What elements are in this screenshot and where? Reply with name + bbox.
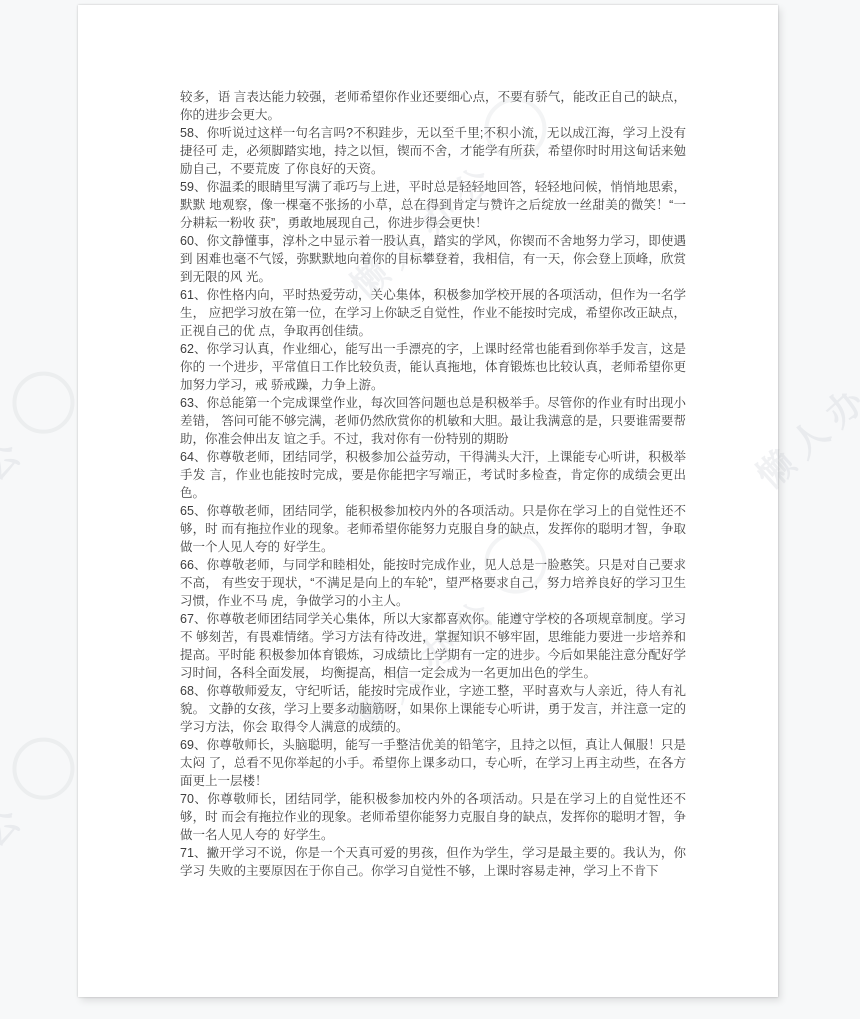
document-page: 较多，语 言表达能力较强，老师希望你作业还要细心点，不要有骄气，能改正自己的缺点… [78,5,778,997]
paragraph-number: 58、 [180,126,207,140]
paragraph-text: 你文静懂事，淳朴之中显示着一股认真，踏实的学风，你锲而不舍地努力学习，即使遇到 … [180,234,686,284]
paragraph-number: 64、 [180,450,207,464]
paragraph: 68、你尊敬师爱友，守纪听话，能按时完成作业，字迹工整，平时喜欢与人亲近，待人有… [180,682,686,736]
paragraph-text: 撇开学习不说，你是一个天真可爱的男孩，但作为学生，学习是最主要的。我认为，你学习… [180,846,686,878]
paragraph-number: 62、 [180,342,207,356]
watermark-text: 懒人办公 [0,422,37,583]
paragraph-text: 你尊敬老师，团结同学，能积极参加校内外的各项活动。只是你在学习上的自觉性还不够，… [180,504,686,554]
paragraph: 60、你文静懂事，淳朴之中显示着一股认真，踏实的学风，你锲而不舍地努力学习，即使… [180,232,686,286]
paragraph: 66、你尊敬老师，与同学和睦相处，能按时完成作业，见人总是一脸憨笑。只是对自己要… [180,556,686,610]
paragraph-text: 你尊敬老师，与同学和睦相处，能按时完成作业，见人总是一脸憨笑。只是对自己要求不高… [180,558,686,608]
paragraph: 71、撇开学习不说，你是一个天真可爱的男孩，但作为学生，学习是最主要的。我认为，… [180,844,686,880]
paragraph: 62、你学习认真，作业细心，能写出一手漂亮的字，上课时经常也能看到你举手发言，这… [180,340,686,394]
paragraph-number: 70、 [180,792,207,806]
paragraph-text: 你总能第一个完成课堂作业，每次回答问题也总是积极举手。尽管你的作业有时出现小差错… [180,396,686,446]
paragraph-number: 68、 [180,684,207,698]
paragraph-number: 71、 [180,846,207,860]
paragraph: 58、你听说过这样一句名言吗?不积跬步，无以至千里;不积小流，无以成江海，学习上… [180,124,686,178]
paragraph-text: 你尊敬师爱友，守纪听话，能按时完成作业，字迹工整，平时喜欢与人亲近，待人有礼貌。… [180,684,686,734]
paragraph-text: 你听说过这样一句名言吗?不积跬步，无以至千里;不积小流，无以成江海，学习上没有捷… [180,126,686,176]
paragraph-number: 63、 [180,396,207,410]
paragraph-text: 你尊敬师长，头脑聪明，能写一手整洁优美的铅笔字，且持之以恒，真让人佩服！只是太闷… [180,738,686,788]
paragraph-number: 66、 [180,558,207,572]
viewer-background: 较多，语 言表达能力较强，老师希望你作业还要细心点，不要有骄气，能改正自己的缺点… [0,0,860,1019]
paragraph: 61、你性格内向，平时热爱劳动，关心集体，积极参加学校开展的各项活动，但作为一名… [180,286,686,340]
screenshot-canvas: { "page": { "background_color": "#f7f8f9… [0,0,860,1019]
paragraph: 较多，语 言表达能力较强，老师希望你作业还要细心点，不要有骄气，能改正自己的缺点… [180,88,686,124]
watermark-logo-ring-icon [0,358,87,446]
paragraph: 69、你尊敬师长，头脑聪明，能写一手整洁优美的铅笔字，且持之以恒，真让人佩服！只… [180,736,686,790]
paragraph-text: 你学习认真，作业细心，能写出一手漂亮的字，上课时经常也能看到你举手发言，这是你的… [180,342,686,392]
paragraph-number: 67、 [180,612,207,626]
paragraph-number: 61、 [180,288,207,302]
paragraph-text: 你尊敬老师，团结同学，积极参加公益劳动，干得满头大汗，上课能专心听讲，积极举手发… [180,450,686,500]
watermark-logo-ring-icon [0,724,87,812]
document-body: 较多，语 言表达能力较强，老师希望你作业还要细心点，不要有骄气，能改正自己的缺点… [180,88,686,880]
paragraph-text: 你性格内向，平时热爱劳动，关心集体，积极参加学校开展的各项活动，但作为一名学生，… [180,288,686,338]
paragraph: 65、你尊敬老师，团结同学，能积极参加校内外的各项活动。只是你在学习上的自觉性还… [180,502,686,556]
paragraph-number: 59、 [180,180,207,194]
paragraph: 70、你尊敬师长，团结同学，能积极参加校内外的各项活动。只是在学习上的自觉性还不… [180,790,686,844]
paragraph-number: 69、 [180,738,207,752]
paragraph-text: 你尊敬师长，团结同学，能积极参加校内外的各项活动。只是在学习上的自觉性还不够，时… [180,792,686,842]
paragraph: 59、你温柔的眼睛里写满了乖巧与上进，平时总是轻轻地回答，轻轻地问候，悄悄地思索… [180,178,686,232]
paragraph: 64、你尊敬老师，团结同学，积极参加公益劳动，干得满头大汗，上课能专心听讲，积极… [180,448,686,502]
paragraph: 67、你尊敬老师团结同学关心集体，所以大家都喜欢你。能遵守学校的各项规章制度。学… [180,610,686,682]
paragraph: 63、你总能第一个完成课堂作业，每次回答问题也总是积极举手。尽管你的作业有时出现… [180,394,686,448]
paragraph-number: 65、 [180,504,207,518]
paragraph-text: 你尊敬老师团结同学关心集体，所以大家都喜欢你。能遵守学校的各项规章制度。学习不 … [180,612,686,680]
paragraph-text: 你温柔的眼睛里写满了乖巧与上进，平时总是轻轻地回答，轻轻地问候，悄悄地思索，默默… [180,180,686,230]
watermark-text: 懒人办公 [0,788,37,949]
paragraph-number: 60、 [180,234,207,248]
paragraph-text: 较多，语 言表达能力较强，老师希望你作业还要细心点，不要有骄气，能改正自己的缺点… [180,90,686,122]
